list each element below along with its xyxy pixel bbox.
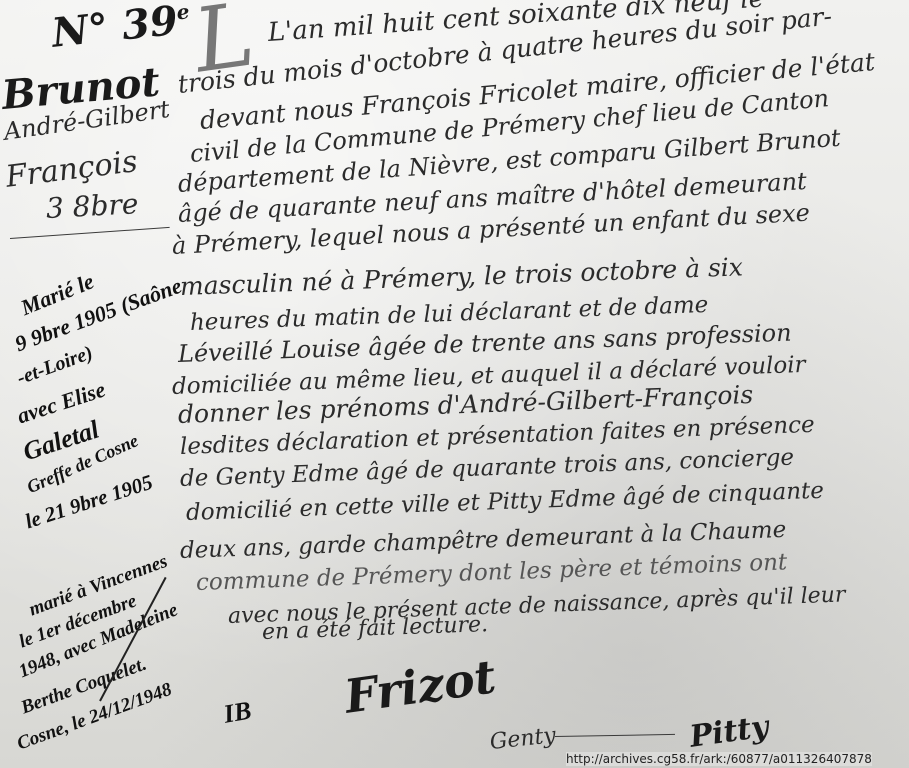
archival-document-scan: N° 39e L Brunot André-Gilbert François 3… — [0, 0, 909, 768]
signature-witness-1: Genty — [489, 723, 557, 755]
signature-flourish — [555, 734, 675, 737]
record-number-text: N° 39 — [50, 0, 180, 57]
archive-watermark-url: http://archives.cg58.fr/ark:/60877/a0113… — [566, 752, 872, 766]
signature-mayor: Frizot — [341, 649, 499, 724]
margin-date: 3 8bre — [45, 187, 139, 225]
signature-witness-2: Pitty — [688, 709, 771, 755]
record-number: N° 39e — [50, 0, 193, 57]
record-number-superscript: e — [175, 0, 190, 24]
margin-divider — [10, 227, 170, 239]
margin-annotation-2-initials: IB — [221, 695, 253, 729]
